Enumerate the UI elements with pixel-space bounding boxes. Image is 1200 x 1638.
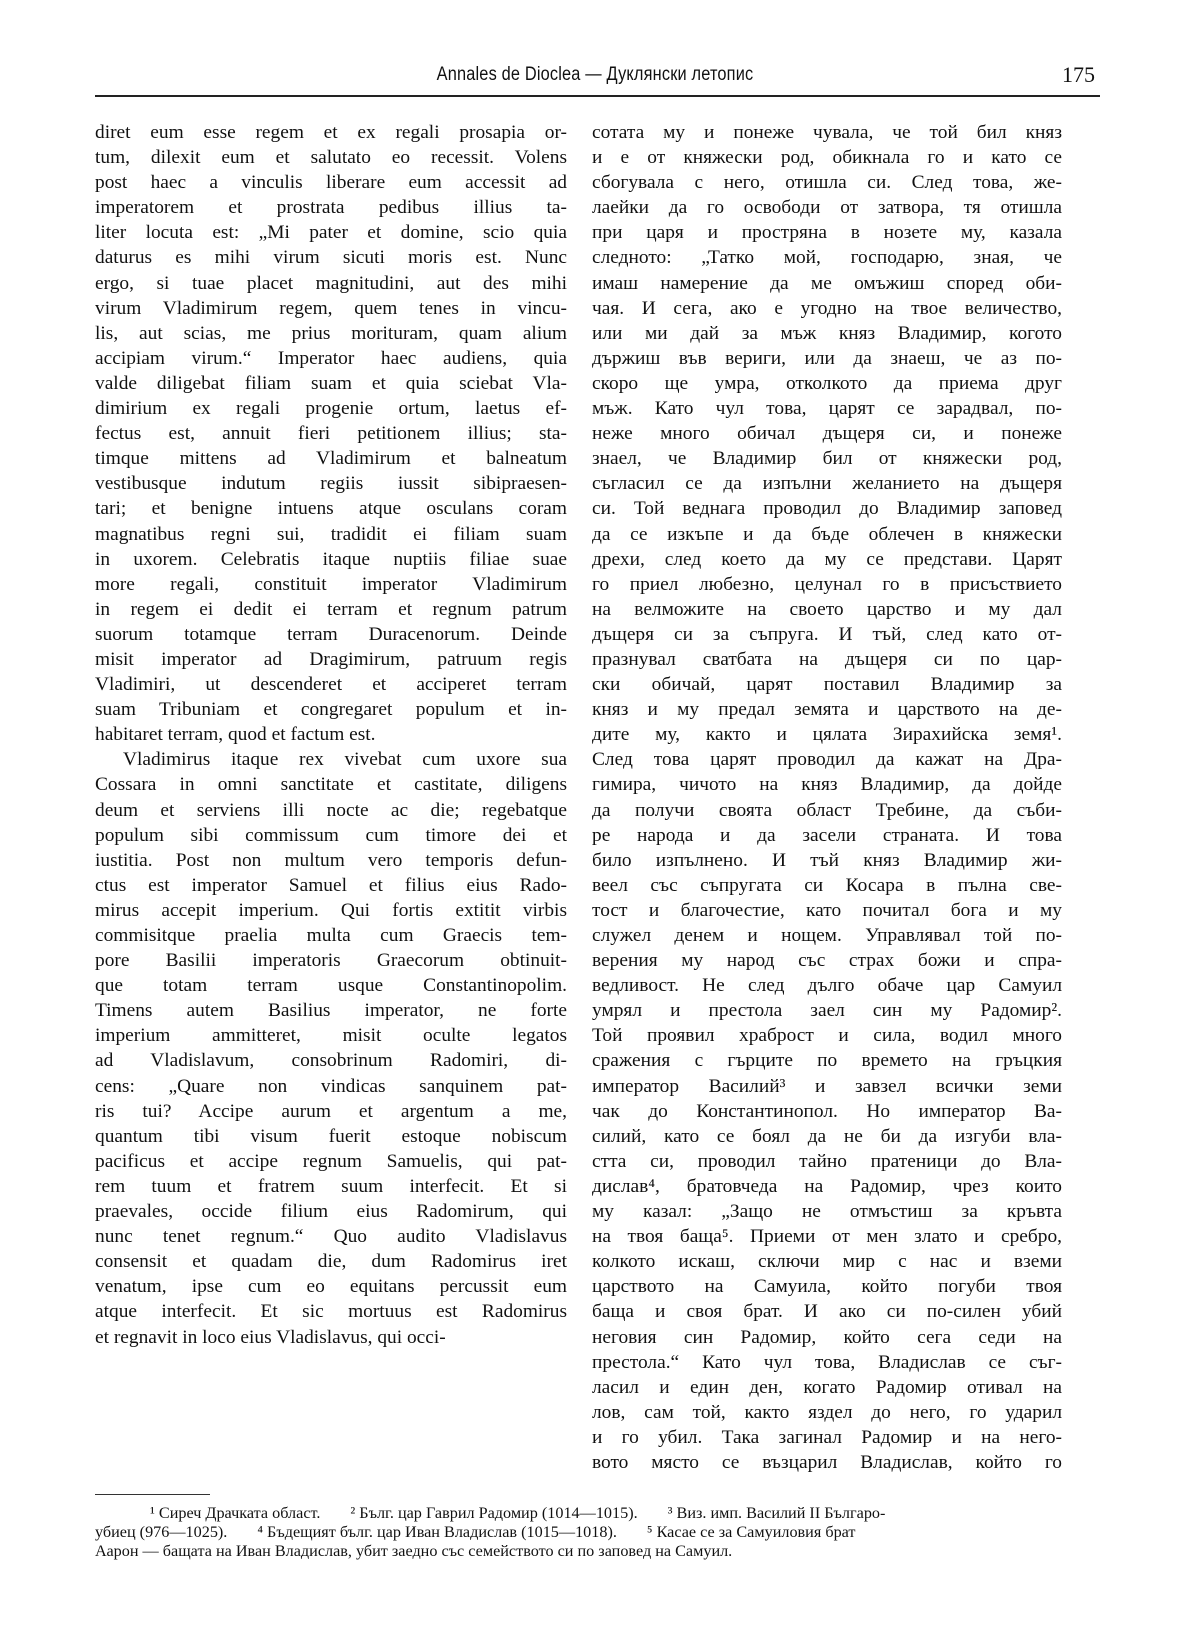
text-line: diret eum esse regem et ex regali prosap…	[95, 120, 567, 145]
text-line: сбогувала с него, отишла си. След това, …	[592, 170, 1062, 195]
text-line: pacificus et accipe regnum Samuelis, qui…	[95, 1149, 567, 1174]
text-line: iustitia. Post non multum vero temporis …	[95, 848, 567, 873]
text-line: post haec a vinculis liberare eum access…	[95, 170, 567, 195]
footnote: ⁴ Бъдещият бълг. цар Иван Владислав (101…	[257, 1523, 617, 1541]
text-line: сражения с гърците по времето на гръцкия	[592, 1048, 1062, 1073]
text-line: atque interfecit. Et sic mortuus est Rad…	[95, 1299, 567, 1324]
text-line: било изпълнено. И тъй княз Владимир жи-	[592, 848, 1062, 873]
footnote: ² Бълг. цар Гаврил Радомир (1014—1015).	[350, 1504, 637, 1522]
text-line: ergo, si tuae placet magnitudini, aut de…	[95, 271, 567, 296]
text-line: ведливост. Не след дълго обаче цар Самуи…	[592, 973, 1062, 998]
latin-text-column: diret eum esse regem et ex regali prosap…	[95, 120, 567, 1350]
text-line: ре народа и да засели страната. И това	[592, 823, 1062, 848]
text-line: престола.“ Като чул това, Владислав се с…	[592, 1350, 1062, 1375]
footnote: ³ Виз. имп. Василий II Българо-	[668, 1504, 886, 1522]
running-title: Annales de Dioclea — Дуклянски летопис	[165, 64, 1025, 86]
text-line: да се изкъпе и да бъде облечен в княжеск…	[592, 522, 1062, 547]
text-line: ласил и един ден, когато Радомир отивал …	[592, 1375, 1062, 1400]
footnotes: ¹ Сиреч Драчката област.² Бълг. цар Гавр…	[95, 1504, 1095, 1561]
text-line: чая. И сега, ако е угодно на твое величе…	[592, 296, 1062, 321]
text-line: Той проявил храброст и сила, водил много	[592, 1023, 1062, 1048]
book-page: Annales de Dioclea — Дуклянски летопис 1…	[0, 0, 1200, 1638]
footnote: убиец (976—1025).	[95, 1523, 227, 1541]
text-line: колкото искаш, сключи мир с нас и вземи	[592, 1249, 1062, 1274]
text-line: in regem ei dedit ei terram et regnum pa…	[95, 597, 567, 622]
text-line: чак до Константинопол. Но император Ва-	[592, 1099, 1062, 1124]
text-line: му казал: „Защо не отмъстиш за кръвта	[592, 1199, 1062, 1224]
text-line: имаш намерение да ме омъжиш според оби-	[592, 271, 1062, 296]
text-line: magnatibus regni sui, tradidit ei filiam…	[95, 522, 567, 547]
text-line: верения му народ със страх божи и спра-	[592, 948, 1062, 973]
text-line: лов, сам той, както яздел до него, го уд…	[592, 1400, 1062, 1425]
text-line: pore Basilii imperatoris Graecorum obtin…	[95, 948, 567, 973]
text-line: venatum, ipse cum eo equitans percussit …	[95, 1274, 567, 1299]
text-line: царството на Самуила, който погуби твоя	[592, 1274, 1062, 1299]
text-line: in uxorem. Celebratis itaque nuptiis fil…	[95, 547, 567, 572]
text-line: et regnavit in loco eius Vladislavus, qu…	[95, 1325, 567, 1350]
text-line: virum Vladimirum regem, quem tenes in vi…	[95, 296, 567, 321]
footnote-line: ¹ Сиреч Драчката област.² Бълг. цар Гавр…	[95, 1504, 1095, 1523]
text-line: умрял и престола заел син му Радомир².	[592, 998, 1062, 1023]
text-line: гимира, чичото на княз Владимир, да дойд…	[592, 772, 1062, 797]
text-line: силий, като се боял да не би да изгуби в…	[592, 1124, 1062, 1149]
text-line: мъж. Като чул това, царят се зарадвал, п…	[592, 396, 1062, 421]
text-line: rem tuum et fratrem suum interfecit. Et …	[95, 1174, 567, 1199]
text-line: си. Той веднага проводил до Владимир зап…	[592, 496, 1062, 521]
text-line: valde diligebat filiam suam et quia scie…	[95, 371, 567, 396]
text-line: сотата му и понеже чувала, че той бил кн…	[592, 120, 1062, 145]
text-line: misit imperator ad Dragimirum, patruum r…	[95, 647, 567, 672]
text-line: tum, dilexit eum et salutato eo recessit…	[95, 145, 567, 170]
text-line: ски обичай, царят поставил Владимир за	[592, 672, 1062, 697]
text-line: дрехи, след което да му се представи. Ца…	[592, 547, 1062, 572]
text-line: и е от княжески род, обикнала го и като …	[592, 145, 1062, 170]
text-line: fectus est, annuit fieri petitionem illi…	[95, 421, 567, 446]
text-line: vestibusque indutum regiis iussit sibipr…	[95, 471, 567, 496]
text-line: Vladimiri, ut descenderet et acciperet t…	[95, 672, 567, 697]
page-number: 175	[1062, 62, 1095, 88]
text-line: ctus est imperator Samuel et filius eius…	[95, 873, 567, 898]
text-line: император Василий³ и завзел всички земи	[592, 1074, 1062, 1099]
text-line: dimirium ex regali progenie ortum, laetu…	[95, 396, 567, 421]
text-line: Cossara in omni sanctitate et castitate,…	[95, 772, 567, 797]
text-line: го приел любезно, целунал го в присъстви…	[592, 572, 1062, 597]
text-line: nunc tenet regnum.“ Quo audito Vladislav…	[95, 1224, 567, 1249]
text-line: more regali, constituit imperator Vladim…	[95, 572, 567, 597]
text-line: daturus es mihi virum sicuti moris est. …	[95, 245, 567, 270]
text-line: баща и своя брат. И ако си по-силен убий	[592, 1299, 1062, 1324]
text-line: cens: „Quare non vindicas sanquinem pat-	[95, 1074, 567, 1099]
text-line: съгласил се да изпълни желанието на дъще…	[592, 471, 1062, 496]
text-line: княз и му предал земята и царството на д…	[592, 697, 1062, 722]
text-line: скоро ще умра, отколкото да приема друг	[592, 371, 1062, 396]
text-line: на велможите на своето царство и му дал	[592, 597, 1062, 622]
text-line: ris tui? Accipe aurum et argentum a me,	[95, 1099, 567, 1124]
footnote: Аарон — бащата на Иван Владислав, убит з…	[95, 1542, 732, 1560]
text-line: accipiam virum.“ Imperator haec audiens,…	[95, 346, 567, 371]
text-line: liter locuta est: „Mi pater et domine, s…	[95, 220, 567, 245]
text-line: празнувал сватбата на дъщеря си по цар-	[592, 647, 1062, 672]
text-line: suorum totamque terram Duracenorum. Dein…	[95, 622, 567, 647]
text-line: populum sibi commissum cum timore dei et	[95, 823, 567, 848]
text-line: тост и благочестие, като почитал бога и …	[592, 898, 1062, 923]
text-line: неже много обичал дъщеря си, и понеже	[592, 421, 1062, 446]
footnote: ⁵ Касае се за Самуиловия брат	[647, 1523, 856, 1541]
text-line: suam Tribuniam et congregaret populum et…	[95, 697, 567, 722]
text-line: Timens autem Basilius imperator, ne fort…	[95, 998, 567, 1023]
text-line: imperatorem et prostrata pedibus illius …	[95, 195, 567, 220]
text-line: lis, aut scias, me prius morituram, quam…	[95, 321, 567, 346]
text-line: служел денем и нощем. Управлявал той по-	[592, 923, 1062, 948]
text-line: habitaret terram, quod et factum est.	[95, 722, 567, 747]
bulgarian-text-column: сотата му и понеже чувала, че той бил кн…	[592, 120, 1062, 1475]
running-head: Annales de Dioclea — Дуклянски летопис 1…	[95, 60, 1095, 96]
text-line: да получи своята област Требине, да съби…	[592, 798, 1062, 823]
text-line: praevales, occide filium eius Radomirum,…	[95, 1199, 567, 1224]
text-line: дислав⁴, братовчеда на Радомир, чрез кои…	[592, 1174, 1062, 1199]
text-line: следното: „Татко мой, господарю, зная, ч…	[592, 245, 1062, 270]
text-line: стта си, проводил тайно пратеници до Вла…	[592, 1149, 1062, 1174]
text-line: imperium ammitteret, misit oculte legato…	[95, 1023, 567, 1048]
text-line: mirus accepit imperium. Qui fortis extit…	[95, 898, 567, 923]
text-line: След това царят проводил да кажат на Дра…	[592, 747, 1062, 772]
text-line: веел със съпругата си Косара в пълна све…	[592, 873, 1062, 898]
text-line: при царя и простряна в нозете му, казала	[592, 220, 1062, 245]
text-line: на твоя баща⁵. Приеми от мен злато и сре…	[592, 1224, 1062, 1249]
text-line: или ми дай за мъж княз Владимир, когото	[592, 321, 1062, 346]
text-line: commisitque praelia multa cum Graecis te…	[95, 923, 567, 948]
text-line: неговия син Радомир, който сега седи на	[592, 1325, 1062, 1350]
text-line: знаел, че Владимир бил от княжески род,	[592, 446, 1062, 471]
text-line: quantum tibi visum fuerit estoque nobisc…	[95, 1124, 567, 1149]
text-line: tari; et benigne intuens atque osculans …	[95, 496, 567, 521]
text-line: вото място се възцарил Владислав, който …	[592, 1450, 1062, 1475]
footnote-rule	[95, 1494, 210, 1495]
text-line: държиш във вериги, или да знаеш, че аз п…	[592, 346, 1062, 371]
text-line: Vladimirus itaque rex vivebat cum uxore …	[95, 747, 567, 772]
footnote-line: Аарон — бащата на Иван Владислав, убит з…	[95, 1542, 1095, 1561]
footnote: ¹ Сиреч Драчката област.	[150, 1504, 320, 1522]
text-line: deum et serviens illi nocte ac die; rege…	[95, 798, 567, 823]
header-rule	[95, 95, 1100, 97]
footnote-line: убиец (976—1025).⁴ Бъдещият бълг. цар Ив…	[95, 1523, 1095, 1542]
text-line: дите му, както и цялата Зирахийска земя¹…	[592, 722, 1062, 747]
text-line: timque mittens ad Vladimirum et balneatu…	[95, 446, 567, 471]
text-line: дъщеря си за съпруга. И тъй, след като о…	[592, 622, 1062, 647]
text-line: лаейки да го освободи от затвора, тя оти…	[592, 195, 1062, 220]
text-line: ad Vladislavum, consobrinum Radomiri, di…	[95, 1048, 567, 1073]
text-line: consensit et quadam die, dum Radomirus i…	[95, 1249, 567, 1274]
text-line: и го убил. Така загинал Радомир и на нег…	[592, 1425, 1062, 1450]
text-line: que totam terram usque Constantinopolim.	[95, 973, 567, 998]
